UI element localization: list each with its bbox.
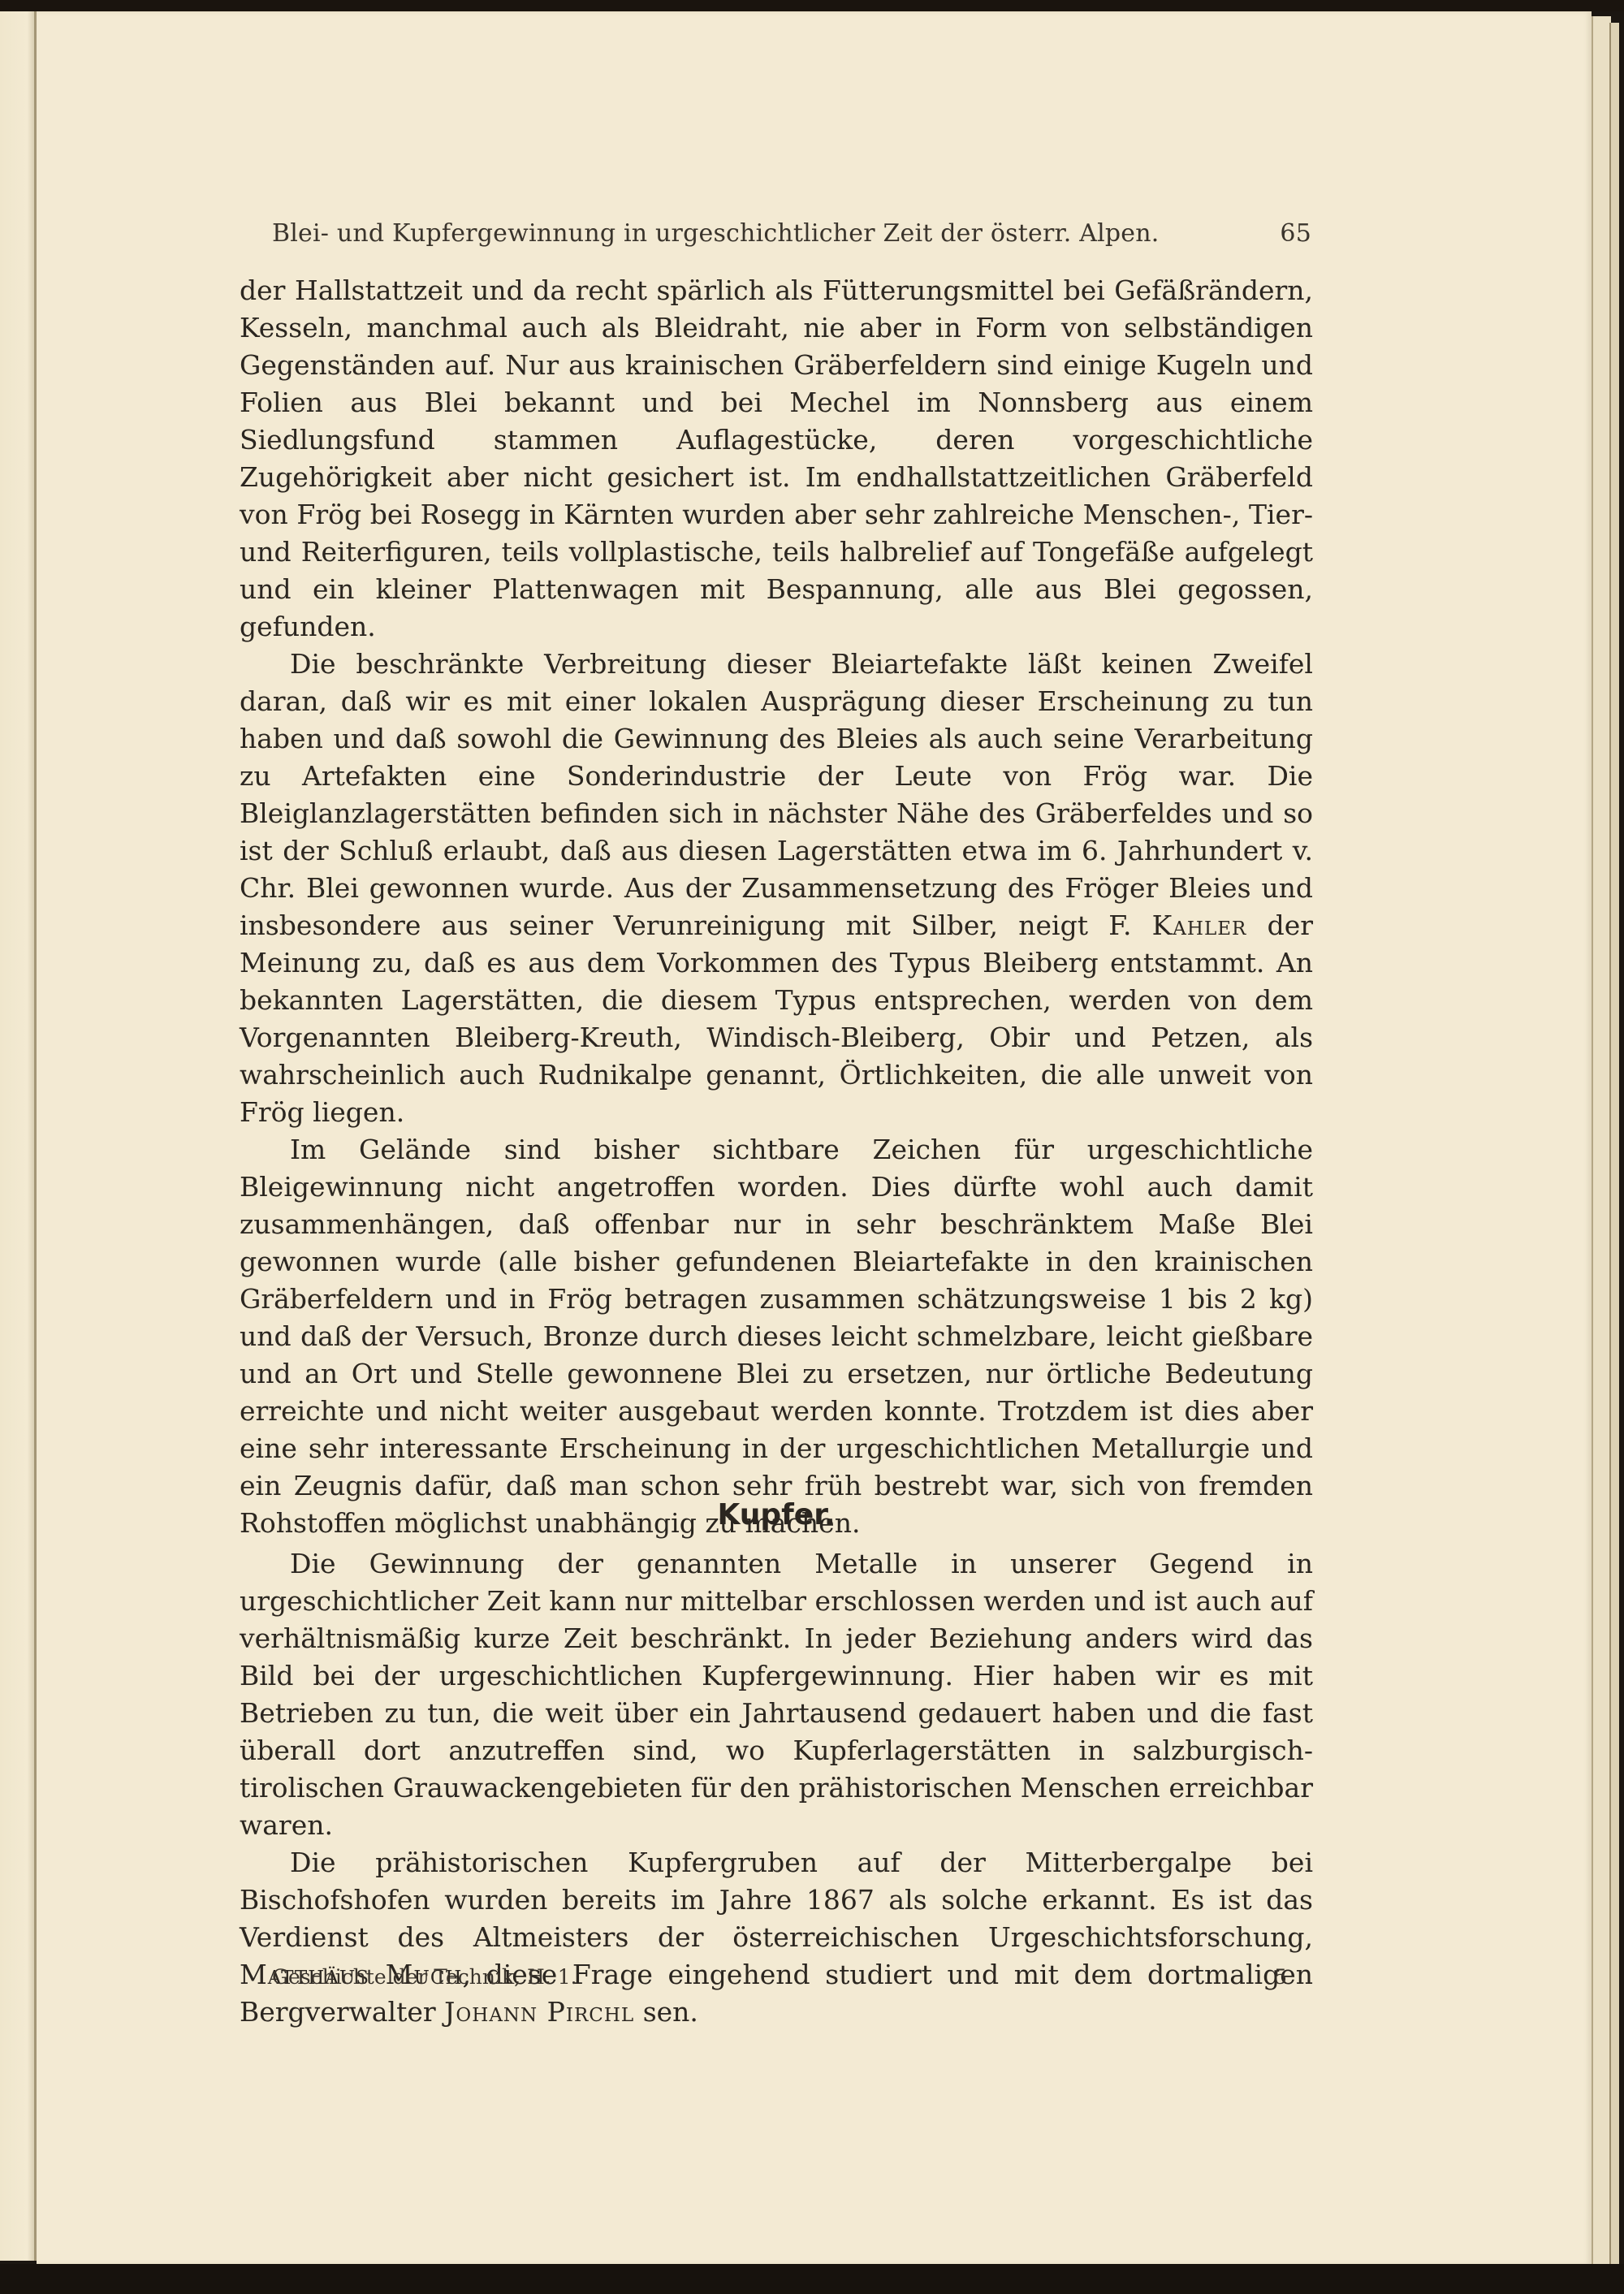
sheet-number: 5	[1274, 1965, 1287, 1989]
scan-top-shadow	[0, 0, 1624, 11]
signature-line: Geschichte der Technik, H. 1.	[272, 1965, 577, 1989]
paragraph: Im Gelände sind bisher sichtbare Zeichen…	[240, 1131, 1313, 1542]
author-name: Kahler	[1152, 909, 1247, 941]
paragraph-text: Die beschränkte Verbreitung dieser Bleia…	[240, 648, 1313, 941]
section-heading: Kupfer.	[240, 1498, 1313, 1531]
paragraph: Die prähistorischen Kupfergruben auf der…	[240, 1844, 1313, 2031]
paragraph-text: sen.	[634, 1996, 698, 2028]
page-footer: Geschichte der Technik, H. 1. 5	[272, 1965, 1287, 1989]
paragraph: Die Gewinnung der genannten Metalle in u…	[240, 1545, 1313, 1844]
person-name: Johann Pirchl	[444, 1996, 634, 2028]
running-header: Blei- und Kupfergewinnung in urgeschicht…	[272, 219, 1311, 248]
page-stack-edge	[1592, 16, 1611, 2266]
page-number: 65	[1280, 219, 1311, 248]
running-title: Blei- und Kupfergewinnung in urgeschicht…	[272, 219, 1160, 248]
page-stack-edge-outer	[1609, 23, 1619, 2264]
paragraph-text: Die prähistorischen Kupfergruben auf der…	[240, 1847, 1313, 1953]
paragraph: der Hallstattzeit und da recht spärlich …	[240, 272, 1313, 646]
paragraph: Die beschränkte Verbreitung dieser Bleia…	[240, 646, 1313, 1131]
facing-page-edge	[0, 11, 34, 2261]
paragraph-text: der Meinung zu, daß es aus dem Vorkommen…	[240, 909, 1313, 1128]
section-kupfer-text: Die Gewinnung der genannten Metalle in u…	[240, 1545, 1313, 2031]
section-blei-text: der Hallstattzeit und da recht spärlich …	[240, 272, 1313, 1542]
scan-bottom-shadow	[0, 2264, 1624, 2294]
